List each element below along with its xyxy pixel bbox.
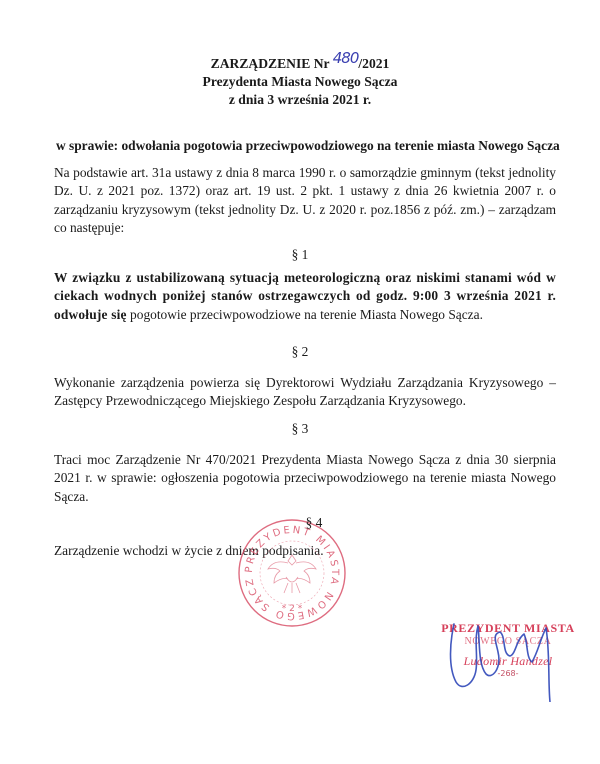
- section-1-regular-text: pogotowie przeciwpowodziowe na terenie M…: [127, 307, 483, 322]
- section-3-label: § 3: [0, 420, 600, 438]
- document-date: z dnia 3 września 2021 r.: [0, 91, 600, 109]
- stamp-bottom-text: * 2 *: [282, 604, 303, 614]
- handwritten-signature-icon: [432, 612, 562, 702]
- document-page: ZARZĄDZENIE Nr 480/2021 Prezydenta Miast…: [0, 0, 600, 764]
- document-header: ZARZĄDZENIE Nr 480/2021 Prezydenta Miast…: [0, 54, 600, 109]
- section-1-label: § 1: [0, 246, 600, 264]
- section-2-text: Wykonanie zarządzenia powierza się Dyrek…: [54, 374, 556, 411]
- document-issuer: Prezydenta Miasta Nowego Sącza: [0, 73, 600, 91]
- handwritten-number: 480: [333, 49, 359, 67]
- official-seal-stamp-icon: PREZYDENT MIASTA NOWEGO SĄCZA * 2 *: [236, 517, 348, 629]
- title-suffix: /2021: [358, 56, 389, 71]
- document-title: ZARZĄDZENIE Nr 480/2021: [0, 54, 600, 73]
- section-3-text: Traci moc Zarządzenie Nr 470/2021 Prezyd…: [54, 451, 556, 506]
- section-4-label: § 4: [14, 514, 600, 532]
- section-1-text: W związku z ustabilizowaną sytuacją mete…: [54, 269, 556, 324]
- section-2-label: § 2: [0, 343, 600, 361]
- title-prefix: ZARZĄDZENIE Nr: [211, 56, 333, 71]
- legal-basis-paragraph: Na podstawie art. 31a ustawy z dnia 8 ma…: [54, 164, 556, 237]
- document-subject: w sprawie: odwołania pogotowia przeciwpo…: [56, 137, 576, 155]
